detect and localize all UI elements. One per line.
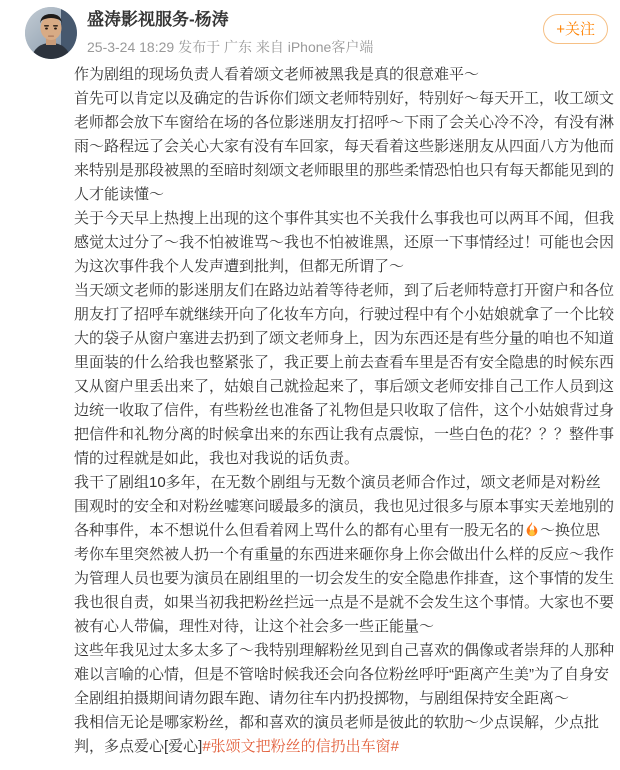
post-paragraph: 关于今天早上热搜上出现的这个事件其实也不关我什么事我也可以两耳不闻，但我感觉太过… bbox=[74, 207, 614, 279]
post-header: 盛涛影视服务-杨涛 25-3-24 18:29 发布于 广东 来自 iPhone… bbox=[25, 7, 612, 63]
post-paragraph: 我相信无论是哪家粉丝，都和喜欢的演员老师是彼此的软肋～少点误解，少点批判，多点爱… bbox=[74, 711, 614, 759]
post-paragraph: 当天颂文老师的影迷朋友们在路边站着等待老师，到了后老师特意打开窗户和各位朋友打了… bbox=[74, 279, 614, 471]
follow-button[interactable]: +关注 bbox=[543, 14, 608, 44]
post-paragraph: 这些年我见过太多太多了～我特别理解粉丝见到自己喜欢的偶像或者崇拜的人那种难以言喻… bbox=[74, 639, 614, 711]
topic-hashtag-link[interactable]: #张颂文把粉丝的信扔出车窗# bbox=[202, 738, 399, 755]
fire-emoji-icon bbox=[524, 521, 540, 537]
post-meta: 25-3-24 18:29 发布于 广东 来自 iPhone客户端 bbox=[87, 38, 612, 56]
post-text-segment: 作为剧组的现场负责人看着颂文老师被黑我是真的很意难平～ bbox=[74, 66, 479, 83]
avatar-photo bbox=[25, 7, 77, 59]
post-paragraph: 作为剧组的现场负责人看着颂文老师被黑我是真的很意难平～ bbox=[74, 63, 614, 87]
username[interactable]: 盛涛影视服务-杨涛 bbox=[87, 9, 612, 31]
post-text-segment: 这些年我见过太多太多了～我特别理解粉丝见到自己喜欢的偶像或者崇拜的人那种难以言喻… bbox=[74, 642, 614, 707]
post-paragraph: 我干了剧组10多年，在无数个剧组与无数个演员老师合作过，颂文老师是对粉丝围观时的… bbox=[74, 471, 614, 639]
post-text-segment: 关于今天早上热搜上出现的这个事件其实也不关我什么事我也可以两耳不闻，但我感觉太过… bbox=[74, 210, 614, 275]
post-text: 作为剧组的现场负责人看着颂文老师被黑我是真的很意难平～首先可以肯定以及确定的告诉… bbox=[74, 63, 614, 759]
post-text-segment: 当天颂文老师的影迷朋友们在路边站着等待老师，到了后老师特意打开窗户和各位朋友打了… bbox=[74, 282, 614, 467]
user-avatar[interactable] bbox=[25, 7, 77, 59]
weibo-post-page: 盛涛影视服务-杨涛 25-3-24 18:29 发布于 广东 来自 iPhone… bbox=[0, 0, 620, 770]
post-paragraph: 首先可以肯定以及确定的告诉你们颂文老师特别好，特别好～每天开工，收工颂文老师都会… bbox=[74, 87, 614, 207]
post-text-segment: 首先可以肯定以及确定的告诉你们颂文老师特别好，特别好～每天开工，收工颂文老师都会… bbox=[74, 90, 614, 203]
user-info-block: 盛涛影视服务-杨涛 25-3-24 18:29 发布于 广东 来自 iPhone… bbox=[87, 7, 612, 56]
